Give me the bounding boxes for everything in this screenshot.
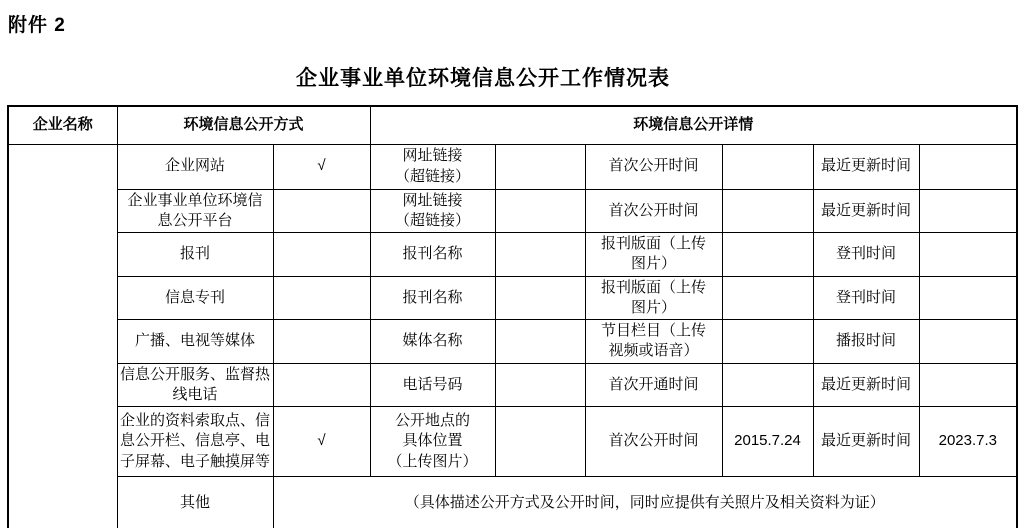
field-label-cell: 最近更新时间 [813,144,919,189]
field-label-cell: 电话号码 [370,363,495,407]
field-label-cell: 公开地点的 具体位置 （上传图片） [370,407,495,477]
table-row: 企业的资料索取点、信 息公开栏、信息亭、电 子屏幕、电子触摸屏等 √ 公开地点的… [8,407,1017,477]
check-cell: √ [273,407,370,477]
field-value-cell [919,233,1017,277]
method-cell: 信息专刊 [117,276,273,320]
field-value-cell [919,320,1017,364]
field-label-cell: 报刊版面（上传 图片） [585,233,722,277]
other-note-cell: （具体描述公开方式及公开时间，同时应提供有关照片及相关资料为证） [273,477,1017,528]
field-value-cell [495,233,585,277]
method-cell: 企业网站 [117,144,273,189]
check-cell: √ [273,144,370,189]
field-value-cell [495,189,585,233]
field-value-cell [495,407,585,477]
field-value-cell [495,276,585,320]
disclosure-table: 企业名称 环境信息公开方式 环境信息公开详情 企业网站 √ 网址链接 （超链接）… [7,105,1018,528]
field-label-cell: 首次开通时间 [585,363,722,407]
header-company-name: 企业名称 [8,106,117,144]
page-title: 企业事业单位环境信息公开工作情况表 [0,62,966,92]
field-label-cell: 首次公开时间 [585,189,722,233]
field-value-cell [919,189,1017,233]
field-label-cell: 报刊名称 [370,276,495,320]
field-value-cell [495,363,585,407]
field-label-cell: 登刊时间 [813,233,919,277]
field-value-cell [722,320,813,364]
check-cell [273,320,370,364]
method-cell: 企业事业单位环境信 息公开平台 [117,189,273,233]
company-name-cell [8,144,117,528]
field-value-cell [722,276,813,320]
header-disclosure-details: 环境信息公开详情 [370,106,1017,144]
attachment-label: 附件 2 [8,10,66,37]
table-row: 广播、电视等媒体 媒体名称 节目栏目（上传 视频或语音） 播报时间 [8,320,1017,364]
check-cell [273,363,370,407]
field-label-cell: 播报时间 [813,320,919,364]
last-update-date-value: 2023.7.3 [919,407,1017,477]
field-label-cell: 登刊时间 [813,276,919,320]
header-disclosure-method: 环境信息公开方式 [117,106,370,144]
method-cell: 信息公开服务、监督热 线电话 [117,363,273,407]
table-row: 其他 （具体描述公开方式及公开时间，同时应提供有关照片及相关资料为证） [8,477,1017,528]
field-label-cell: 网址链接 （超链接） [370,144,495,189]
field-value-cell [495,320,585,364]
field-label-cell: 节目栏目（上传 视频或语音） [585,320,722,364]
check-cell [273,233,370,277]
field-value-cell [919,363,1017,407]
table-row: 企业网站 √ 网址链接 （超链接） 首次公开时间 最近更新时间 [8,144,1017,189]
method-cell: 广播、电视等媒体 [117,320,273,364]
field-label-cell: 最近更新时间 [813,407,919,477]
table-row: 信息公开服务、监督热 线电话 电话号码 首次开通时间 最近更新时间 [8,363,1017,407]
field-label-cell: 报刊名称 [370,233,495,277]
field-value-cell [919,276,1017,320]
field-label-cell: 报刊版面（上传 图片） [585,276,722,320]
check-cell [273,189,370,233]
table-row: 信息专刊 报刊名称 报刊版面（上传 图片） 登刊时间 [8,276,1017,320]
first-open-date-value: 2015.7.24 [722,407,813,477]
field-label-cell: 最近更新时间 [813,189,919,233]
table-header-row: 企业名称 环境信息公开方式 环境信息公开详情 [8,106,1017,144]
field-value-cell [919,144,1017,189]
field-label-cell: 最近更新时间 [813,363,919,407]
method-cell: 企业的资料索取点、信 息公开栏、信息亭、电 子屏幕、电子触摸屏等 [117,407,273,477]
table-row: 报刊 报刊名称 报刊版面（上传 图片） 登刊时间 [8,233,1017,277]
field-label-cell: 首次公开时间 [585,144,722,189]
method-cell: 其他 [117,477,273,528]
field-label-cell: 首次公开时间 [585,407,722,477]
method-cell: 报刊 [117,233,273,277]
table-row: 企业事业单位环境信 息公开平台 网址链接 （超链接） 首次公开时间 最近更新时间 [8,189,1017,233]
field-label-cell: 网址链接 （超链接） [370,189,495,233]
field-value-cell [495,144,585,189]
field-label-cell: 媒体名称 [370,320,495,364]
field-value-cell [722,233,813,277]
field-value-cell [722,189,813,233]
field-value-cell [722,363,813,407]
field-value-cell [722,144,813,189]
check-cell [273,276,370,320]
